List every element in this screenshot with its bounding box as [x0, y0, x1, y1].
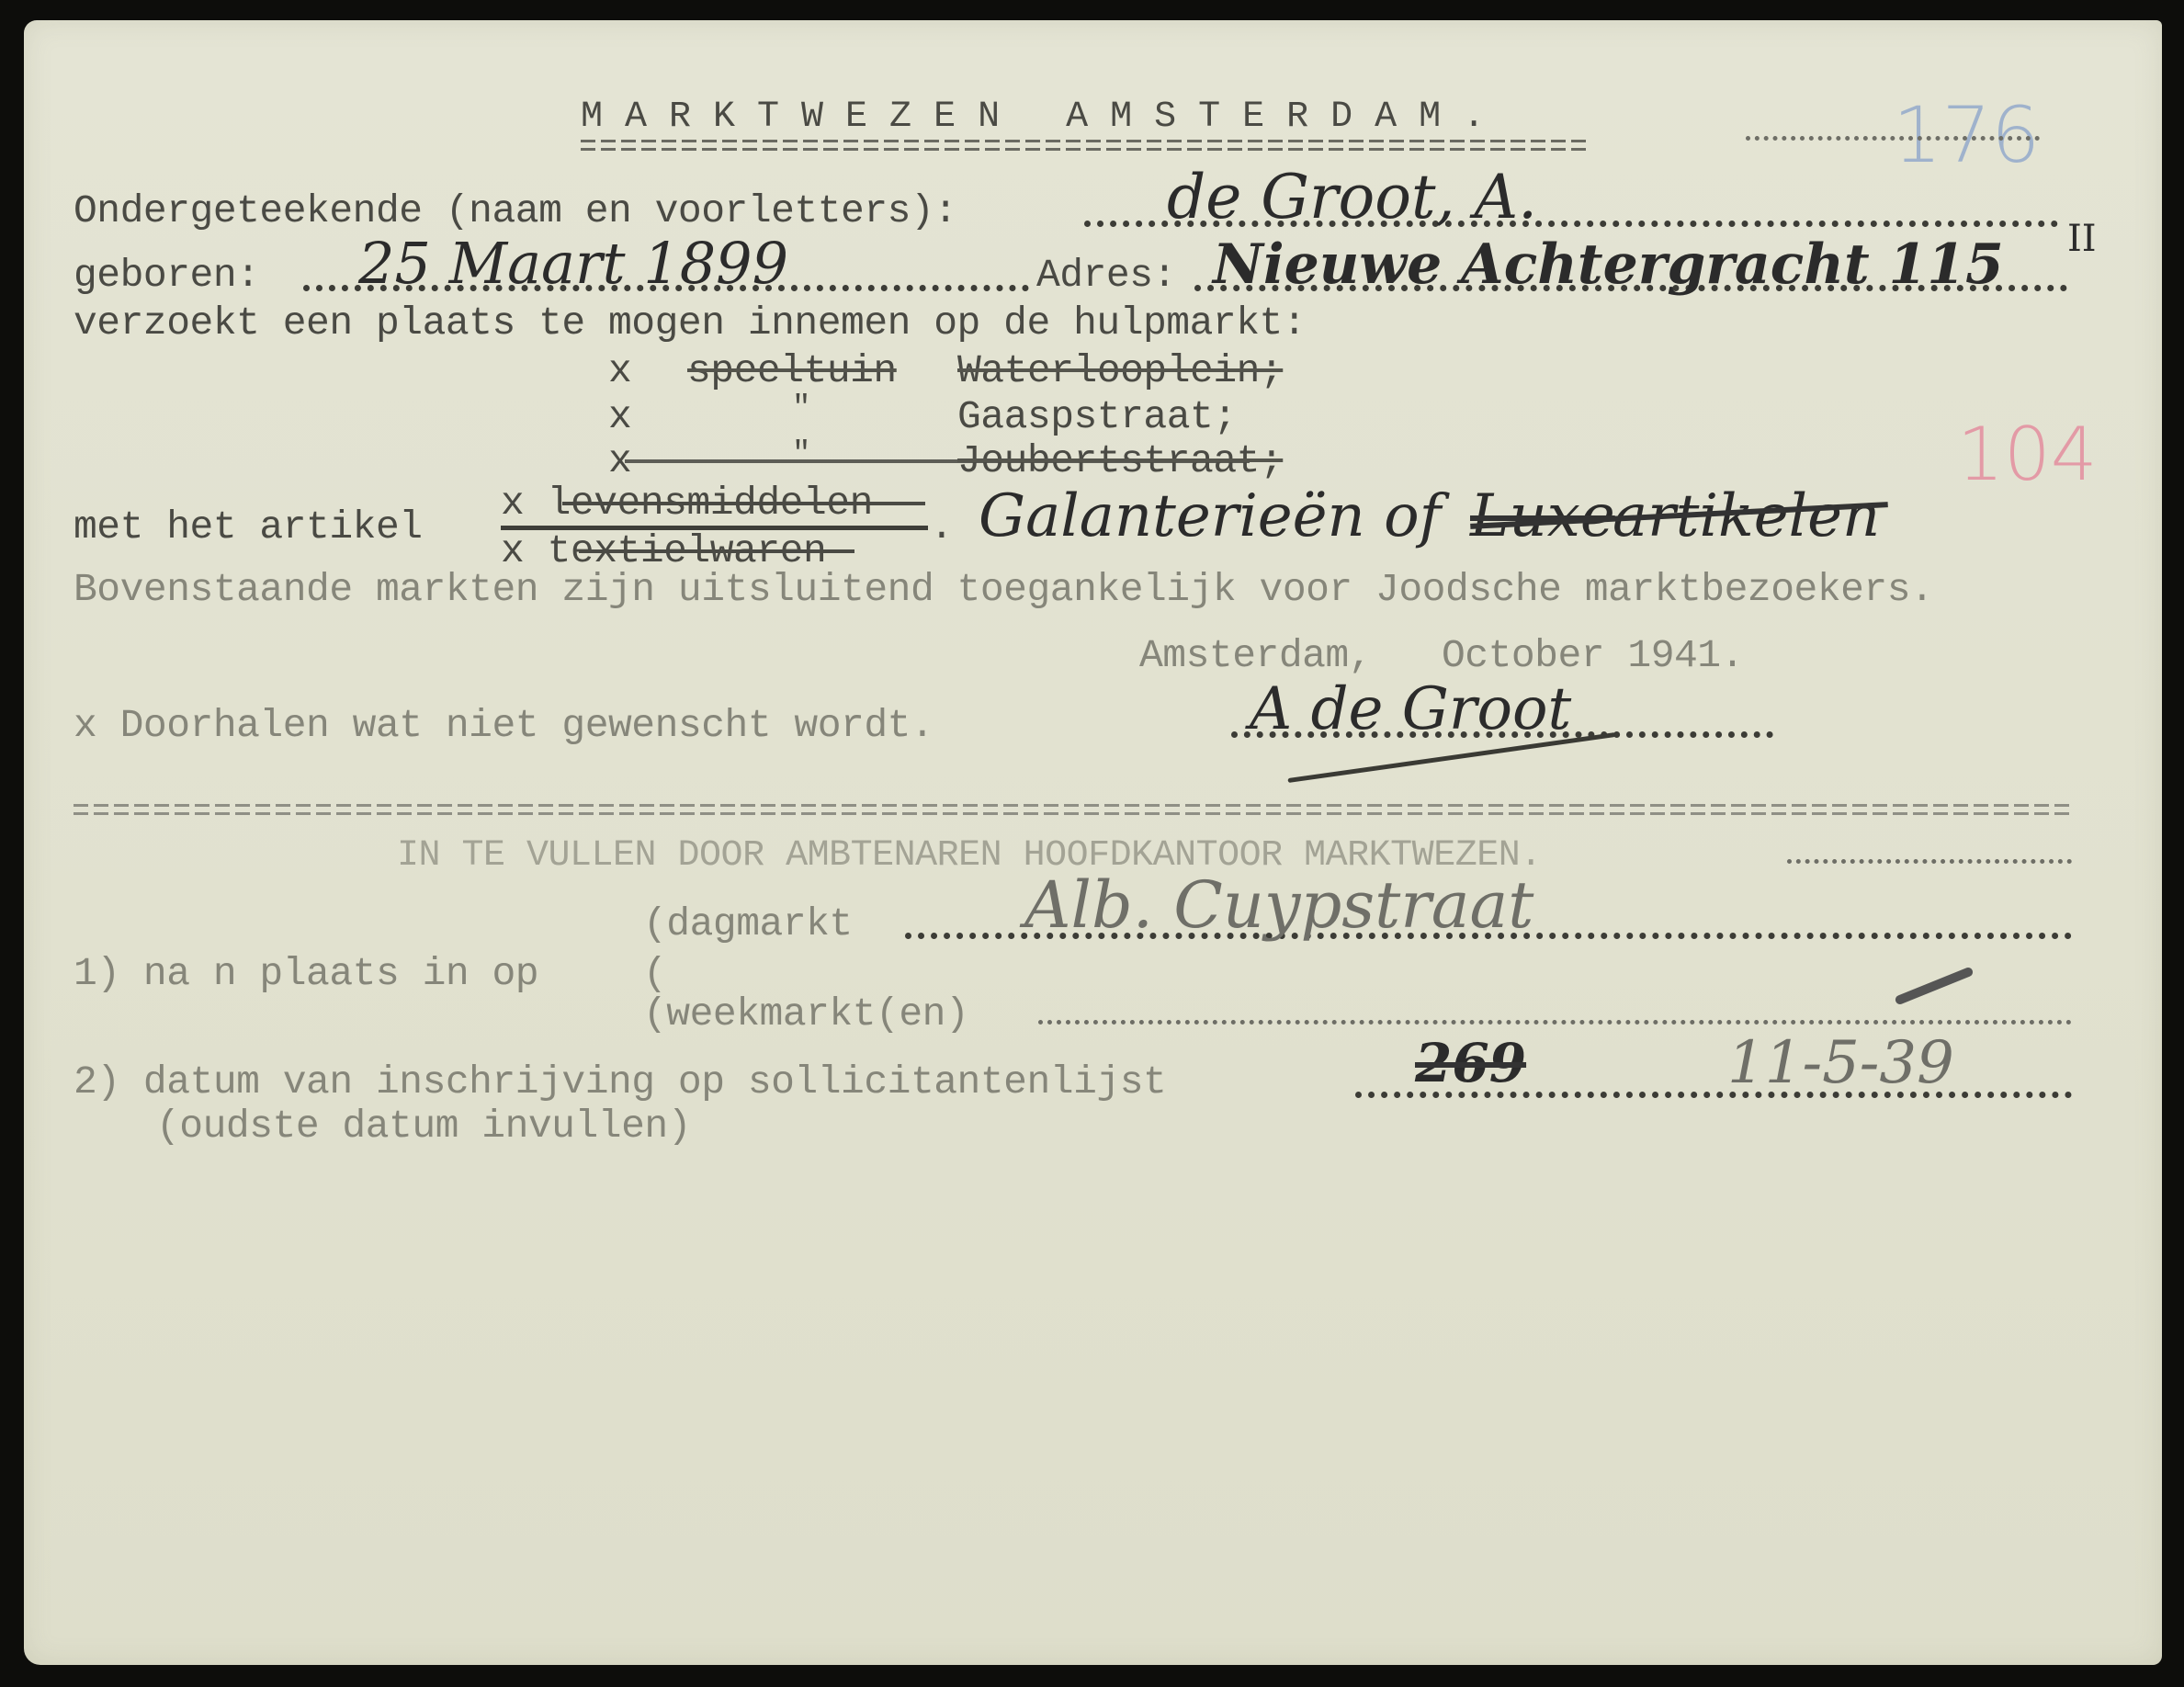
- section-separator: [74, 804, 2072, 815]
- official-heading-dots: [1787, 859, 2072, 864]
- article-option-1-strike: [562, 502, 925, 505]
- name-label: Ondergeteekende (naam en voorletters):: [74, 191, 957, 231]
- dagmarkt-label: (dagmarkt: [643, 904, 853, 944]
- item-2-sub: (oudste datum invullen): [156, 1106, 691, 1146]
- place-date: Amsterdam, October 1941.: [1139, 636, 1744, 675]
- notice-text: Bovenstaande markten zijn uitsluitend to…: [74, 570, 1933, 609]
- market-prefix-2: ": [792, 393, 810, 425]
- archive-number-dots: [1746, 136, 2040, 141]
- item-1-label: 1) na n plaats in op: [74, 954, 538, 993]
- market-name-2: Gaaspstraat;: [957, 397, 1237, 436]
- archive-number-red: 104: [1957, 418, 2098, 492]
- document-title: M A R K T W E Z E N A M S T E R D A M .: [581, 99, 1485, 136]
- address-suffix: II: [2067, 221, 2097, 257]
- archive-number-blue: 176: [1893, 96, 2040, 174]
- signature: A de Groot: [1250, 680, 1571, 739]
- article-label: met het artikel: [74, 507, 423, 547]
- name-value: de Groot, A.: [1167, 167, 1537, 228]
- market-prefix-1: speeltuin: [687, 351, 897, 391]
- article-handwritten: Galanterieën of: [979, 487, 1441, 546]
- request-text: verzoekt een plaats te mogen innemen op …: [74, 303, 1306, 343]
- strike-instruction: x Doorhalen wat niet gewenscht wordt.: [74, 706, 934, 745]
- item-1-paren: (: [643, 954, 666, 993]
- item-2-value: 11-5-39: [1727, 1034, 1954, 1093]
- article-option-2-strike: [579, 549, 854, 553]
- born-label: geboren:: [74, 255, 259, 295]
- weekmarkt-dots: [1038, 1020, 2072, 1025]
- item-2-label: 2) datum van inschrijving op sollicitant…: [74, 1062, 1166, 1102]
- dagmarkt-value: Alb. Cuypstraat: [1024, 873, 1533, 937]
- market-name-3: Joubertstraat;: [957, 441, 1283, 481]
- article-period: .: [930, 507, 953, 547]
- market-marker-2: x: [608, 397, 631, 436]
- market-name-1: Waterlooplein;: [957, 351, 1283, 391]
- address-value: Nieuwe Achtergracht 115: [1213, 237, 2004, 292]
- born-value: 25 Maart 1899: [358, 235, 788, 292]
- market-prefix-3: ": [792, 439, 810, 470]
- title-double-underline: [581, 140, 1590, 151]
- address-label: Adres:: [1036, 255, 1176, 295]
- item-2-struck-number: 269: [1415, 1036, 1526, 1090]
- weekmarkt-label: (weekmarkt(en): [643, 994, 968, 1034]
- market-marker-1: x: [608, 351, 631, 391]
